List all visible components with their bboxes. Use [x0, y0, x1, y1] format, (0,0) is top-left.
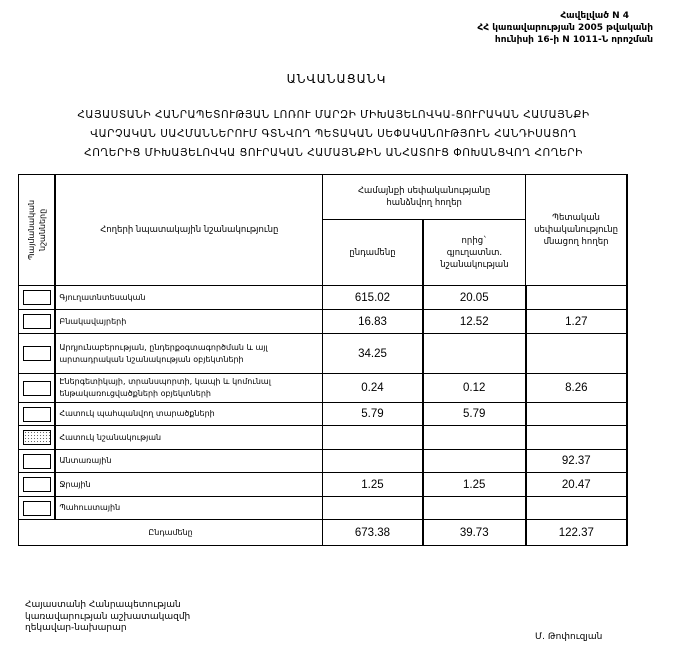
subtitle-line: ՀԱՅԱՍՏԱՆԻ ՀԱՆՐԱՊԵՏՈՒԹՅԱՆ ԼՈՌՈՒ ՄԱՐԶԻ ՄԻԽ… [14, 106, 653, 125]
land-table: Պայմանական նշանները Հողերի նպատակային նշ… [18, 174, 628, 546]
totals-community-total: 673.38 [323, 520, 423, 546]
legend-cell [19, 403, 56, 426]
legend-swatch-icon [23, 290, 51, 305]
document-subtitle: ՀԱՅԱՍՏԱՆԻ ՀԱՆՐԱՊԵՏՈՒԹՅԱՆ ԼՈՌՈՒ ՄԱՐԶԻ ՄԻԽ… [14, 106, 653, 163]
community-total [323, 426, 423, 450]
position-line: կառավարության աշխատակազմի [25, 612, 190, 624]
totals-community-agricultural: 39.73 [423, 520, 526, 546]
header-community: Համայնքի սեփականությանը հանձնվող հողեր [323, 175, 526, 220]
state-remaining: 1.27 [526, 310, 627, 334]
community-total: 34.25 [323, 334, 423, 374]
annex-number: Հավելված N 4 [477, 10, 653, 22]
state-remaining [526, 286, 627, 310]
community-total [323, 497, 423, 520]
community-total: 16.83 [323, 310, 423, 334]
community-agricultural [423, 426, 526, 450]
document-title: ԱՆՎԱՆԱՑԱՆԿ [0, 72, 673, 86]
legend-cell [19, 286, 56, 310]
community-agricultural [423, 334, 526, 374]
land-purpose: Գյուղատնտեսական [55, 286, 322, 310]
table-row: Հատուկ պահպանվող տարածքների5.795.79 [19, 403, 628, 426]
state-remaining [526, 497, 627, 520]
signatory-position: Հայաստանի Հանրապետության կառավարության ա… [25, 600, 190, 635]
totals-state-remaining: 122.37 [526, 520, 627, 546]
land-purpose: Բնակավայրերի [55, 310, 322, 334]
legend-swatch-icon [23, 314, 51, 329]
community-agricultural: 12.52 [423, 310, 526, 334]
table-row: Էներգետիկայի, տրանսպորտի, կապի և կոմունա… [19, 374, 628, 403]
legend-cell [19, 374, 56, 403]
legend-swatch-icon [23, 381, 51, 396]
legend-cell [19, 497, 56, 520]
signatory-name: Մ. Թոփուզյան [535, 632, 602, 642]
state-remaining [526, 403, 627, 426]
legend-swatch-icon [23, 430, 51, 445]
annex-decision-line: ՀՀ կառավարության 2005 թվականի [477, 22, 653, 34]
legend-swatch-icon [23, 407, 51, 422]
position-line: Հայաստանի Հանրապետության [25, 600, 190, 612]
land-purpose: Հատուկ նշանակության [55, 426, 322, 450]
legend-cell [19, 310, 56, 334]
state-remaining: 92.37 [526, 450, 627, 473]
state-remaining: 8.26 [526, 374, 627, 403]
legend-swatch-icon [23, 454, 51, 469]
legend-cell [19, 473, 56, 497]
state-remaining: 20.47 [526, 473, 627, 497]
land-purpose: Արդյունաբերության, ընդերքօգտագործման և ա… [55, 334, 322, 374]
land-purpose: Հատուկ պահպանվող տարածքների [55, 403, 322, 426]
land-purpose: Անտառային [55, 450, 322, 473]
land-purpose: Էներգետիկայի, տրանսպորտի, կապի և կոմունա… [55, 374, 322, 403]
annex-decision-date: հունիսի 16-ի N 1011-Ն որոշման [477, 34, 653, 46]
table-row: Պահուստային [19, 497, 628, 520]
table-row: Գյուղատնտեսական615.0220.05 [19, 286, 628, 310]
land-purpose: Ջրային [55, 473, 322, 497]
legend-cell [19, 450, 56, 473]
community-agricultural: 5.79 [423, 403, 526, 426]
totals-label: Ընդամենը [19, 520, 323, 546]
community-total [323, 450, 423, 473]
community-agricultural [423, 450, 526, 473]
position-line: ղեկավար-նախարար [25, 623, 190, 635]
community-agricultural: 0.12 [423, 374, 526, 403]
subtitle-line: ՀՈՂԵՐԻՑ ՄԻԽԱՅԵԼՈՎԿԱ ՑՈՒՐԱԿԱՆ ՀԱՄԱՅՆՔԻՆ Ա… [14, 144, 653, 163]
annex-reference: Հավելված N 4 ՀՀ կառավարության 2005 թվակա… [477, 10, 653, 46]
header-of-which: որից` գյուղատնտ. նշանակության [423, 220, 526, 286]
header-purpose: Հողերի նպատակային նշանակությունը [55, 175, 322, 286]
table-row: Անտառային92.37 [19, 450, 628, 473]
header-state: Պետական սեփականությունը մնացող հողեր [526, 175, 627, 286]
table-row: Բնակավայրերի16.8312.521.27 [19, 310, 628, 334]
header-total: ընդամենը [323, 220, 423, 286]
community-total: 0.24 [323, 374, 423, 403]
legend-swatch-icon [23, 501, 51, 516]
community-agricultural: 20.05 [423, 286, 526, 310]
table-row: Ջրային1.251.2520.47 [19, 473, 628, 497]
subtitle-line: ՎԱՐՉԱԿԱՆ ՍԱՀՄԱՆՆԵՐՈՒՄ ԳՏՆՎՈՂ ՊԵՏԱԿԱՆ ՍԵՓ… [14, 125, 653, 144]
legend-swatch-icon [23, 477, 51, 492]
totals-row: Ընդամենը673.3839.73122.37 [19, 520, 628, 546]
community-agricultural [423, 497, 526, 520]
community-total: 615.02 [323, 286, 423, 310]
community-agricultural: 1.25 [423, 473, 526, 497]
table-row: Արդյունաբերության, ընդերքօգտագործման և ա… [19, 334, 628, 374]
legend-swatch-icon [23, 346, 51, 361]
state-remaining [526, 426, 627, 450]
land-purpose: Պահուստային [55, 497, 322, 520]
table-row: Հատուկ նշանակության [19, 426, 628, 450]
legend-cell [19, 334, 56, 374]
community-total: 1.25 [323, 473, 423, 497]
legend-cell [19, 426, 56, 450]
community-total: 5.79 [323, 403, 423, 426]
state-remaining [526, 334, 627, 374]
header-signs: Պայմանական նշանները [19, 175, 56, 286]
